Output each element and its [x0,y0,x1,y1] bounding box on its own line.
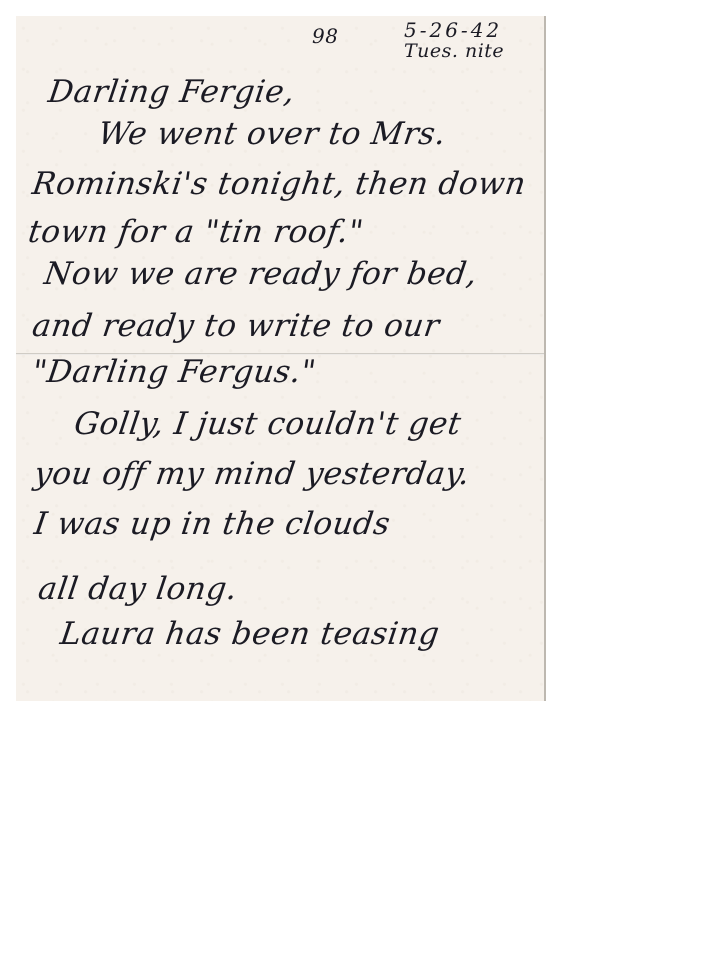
letter-line: I was up in the clouds [32,506,393,542]
letter-line: and ready to write to our [30,308,442,344]
letter-line: Now we are ready for bed, [42,256,480,292]
letter-line: town for a "tin roof." [26,214,366,250]
letter-day: Tues. nite [404,40,504,62]
letter-date: 5-26-42 [404,18,502,42]
letter-page: 98 5-26-42 Tues. nite Darling Fergie, We… [16,16,546,701]
letter-line: Golly, I just couldn't get [72,406,464,442]
page-number: 98 [312,24,338,48]
letter-line: you off my mind yesterday. [32,456,472,492]
letter-line: "Darling Fergus." [30,354,318,390]
salutation: Darling Fergie, [46,74,297,110]
letter-line: Laura has been teasing [58,616,442,652]
letter-line: Rominski's tonight, then down [30,166,528,202]
letter-line: all day long. [36,571,240,607]
letter-line: We went over to Mrs. [96,116,448,152]
